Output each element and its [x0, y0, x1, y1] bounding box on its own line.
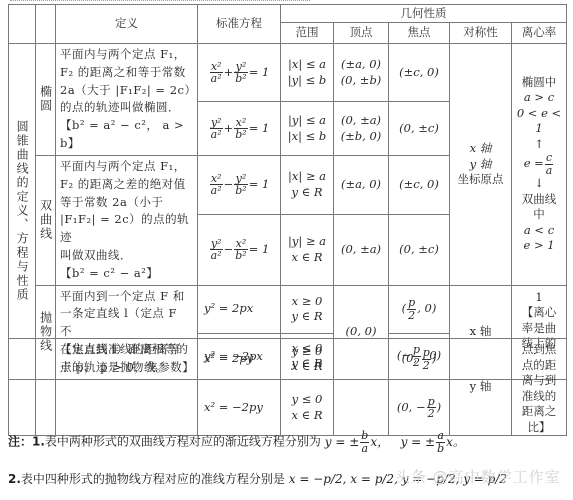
header-standard-equation: 标准方程 [198, 5, 281, 44]
header-blank-2 [36, 5, 56, 44]
def-line: 一条定直线 l（定点 F 不 [60, 305, 193, 341]
ecc-line: a < c [512, 223, 566, 239]
eq-den: b² [234, 185, 247, 197]
note-2-label: 2. [8, 472, 21, 486]
eq-den: a² [210, 185, 223, 197]
ecc-line: 双曲线 [512, 192, 566, 208]
parabola-range-3: y ≥ 0 x ∈ R [281, 339, 334, 380]
hyperbola-vertex-1: (±a, 0) [334, 155, 389, 214]
eq-num: p [407, 297, 416, 310]
eq-num: c [545, 152, 554, 165]
eq-op: + [224, 121, 234, 135]
range-line: y ≥ 0 [281, 344, 333, 360]
focus-pre: (0, [402, 351, 421, 365]
focus-post: , 0) [417, 301, 436, 315]
header-symmetry: 对称性 [450, 23, 512, 44]
eq-rhs: = 1 [249, 121, 270, 135]
parabola-eccentricity-cont: 点到焦 点的距 离与到 准线的 距离之 比】 [512, 339, 567, 436]
vertex-line: (0, ±a) [334, 113, 388, 129]
eq-den: b² [234, 73, 247, 85]
ellipse-name-cell: 椭圆 [36, 44, 56, 156]
hyperbola-focus-1: (±c, 0) [389, 155, 450, 214]
hyperbola-eq-horizontal: x²a²−y²b²= 1 [198, 155, 281, 214]
note-1-label: 注：1. [8, 435, 45, 449]
vertex-line: (±b, 0) [334, 129, 388, 145]
range-line: |x| ≥ a [281, 169, 333, 185]
range-line: |y| ≥ a [281, 234, 333, 250]
ecc-line: 点到焦 [512, 342, 566, 358]
focus-post: ) [432, 351, 437, 365]
def-line: 的点的轨迹叫做椭圆． [60, 99, 193, 117]
watermark: 头条 @高中数学工作室 [395, 466, 561, 487]
parabola-focus-1: (p2, 0) [389, 285, 450, 333]
symmetry-line: x 轴 [450, 141, 511, 157]
range-line: x ∈ R [281, 250, 333, 266]
asymptote-2-pre: y = ± [401, 435, 436, 449]
parabola-range-1: x ≥ 0 y ∈ R [281, 285, 334, 333]
ellipse-hyperbola-symmetry: x 轴 y 轴 坐标原点 [450, 44, 512, 286]
parabola-eq-down: x² = −2py [198, 380, 281, 436]
eq-den: 2 [422, 360, 431, 372]
focus-post: ) [437, 400, 442, 414]
ellipse-range-2: |y| ≤ a |x| ≤ b [281, 102, 334, 155]
def-line: F₂ 的距离之差的绝对值 [60, 176, 193, 194]
category-cell: 圆锥曲线的定义、方程与性质 [9, 44, 36, 380]
symmetry-line: 坐标原点 [450, 172, 511, 188]
eq-rhs: = 1 [249, 65, 270, 79]
hyperbola-range-1: |x| ≥ a y ∈ R [281, 155, 334, 214]
ellipse-definition: 平面内与两个定点 F₁， F₂ 的距离之和等于常数 2a（大于 |F₁F₂| =… [56, 44, 198, 156]
note-1-text: 表中两种形式的双曲线方程对应的渐近线方程分别为 [45, 435, 321, 449]
eq-den: a² [210, 73, 223, 85]
ellipse-name: 椭圆 [37, 85, 53, 113]
hyperbola-definition: 平面内与两个定点 F₁， F₂ 的距离之差的绝对值 等于常数 2a（小于 |F₁… [56, 155, 198, 285]
ecc-line: 中 [512, 207, 566, 223]
down-arrow-icon: ↓ [512, 176, 566, 192]
eq-op: + [224, 65, 234, 79]
parabola-eq-right: y² = 2px [198, 285, 281, 333]
ecc-line: e > 1 [512, 238, 566, 254]
def-line: 【b² = c² − a²】 [60, 265, 193, 283]
asymptote-1-pre: y = ± [325, 435, 360, 449]
eq-num: p [422, 347, 431, 360]
eq-den: b² [234, 250, 247, 262]
header-geometric-properties: 几何性质 [281, 5, 567, 23]
parabola-continuation-table: 【焦点到准线的距离等 于 p， p > 0，焦参数】 x² = 2py y ≥ … [8, 338, 567, 436]
ecc-line: 距离之 [512, 404, 566, 420]
blank-cell-2 [36, 339, 56, 436]
header-range: 范围 [281, 23, 334, 44]
ecc-line: 率是曲 [512, 321, 566, 337]
eq-den: b² [234, 129, 247, 141]
vertex-line: (0, ±b) [334, 73, 388, 89]
note-2-text: 表中四种形式的抛物线方程对应的准线方程分别是 [21, 472, 285, 486]
vertex-line: (±a, 0) [334, 57, 388, 73]
category-label: 圆锥曲线的定义、方程与性质 [14, 120, 30, 302]
parabola-vertical-row-1: 【焦点到准线的距离等 于 p， p > 0，焦参数】 x² = 2py y ≥ … [9, 339, 567, 380]
range-line: x ≥ 0 [281, 294, 333, 310]
hyperbola-vertex-2: (0, ±a) [334, 214, 389, 285]
eq-den: a² [210, 129, 223, 141]
ellipse-eq-vertical: y²a²+x²b²= 1 [198, 102, 281, 155]
def-line: |F₁F₂| = 2c）的点的轨迹 [60, 211, 193, 247]
blank-cell-1 [9, 339, 36, 436]
ecc-line: 1 [512, 290, 566, 306]
def-line: 2a（大于 |F₁F₂| = 2c） [60, 82, 193, 100]
range-line: y ∈ R [281, 309, 333, 325]
hyperbola-eq-vertical: y²a²−x²b²= 1 [198, 214, 281, 285]
ecc-line: 离与到 [512, 373, 566, 389]
def-line: F₂ 的距离之和等于常数 [60, 64, 193, 82]
eq-den: a [360, 443, 369, 455]
parabola-range-4: y ≤ 0 x ∈ R [281, 380, 334, 436]
def-line: 于 p， p > 0，焦参数】 [60, 359, 193, 377]
focus-pre: ( [402, 301, 407, 315]
ecc-line: 点的距 [512, 358, 566, 374]
hyperbola-name: 双曲线 [37, 199, 53, 241]
hyperbola-range-2: |y| ≥ a x ∈ R [281, 214, 334, 285]
header-eccentricity: 离心率 [512, 23, 567, 44]
ellipse-hyperbola-eccentricity: 椭圆中 a > c 0 < e < 1 ↑ e =ca ↓ 双曲线 中 a < … [512, 44, 567, 286]
eq-op: − [224, 177, 234, 191]
eq-rhs: = 1 [249, 242, 270, 256]
focus-pre: (0, − [397, 400, 426, 414]
eq-rhs: = 1 [249, 177, 270, 191]
conic-sections-table: 定义 标准方程 几何性质 范围 顶点 焦点 对称性 离心率 圆锥曲线的定义、方程… [8, 4, 567, 380]
hyperbola-name-cell: 双曲线 [36, 155, 56, 285]
ellipse-vertex-1: (±a, 0) (0, ±b) [334, 44, 389, 102]
ellipse-range-1: |x| ≤ a |y| ≤ b [281, 44, 334, 102]
parabola-symmetry-y: y 轴 [450, 339, 512, 436]
asymptote-2-post: x。 [446, 435, 465, 449]
ellipse-eq-horizontal: x²a²+y²b²= 1 [198, 44, 281, 102]
def-line: 叫做双曲线． [60, 247, 193, 265]
asymptote-1-post: x， [370, 435, 389, 449]
ecc-line: 【离心 [512, 305, 566, 321]
header-blank-1 [9, 5, 36, 44]
range-line: x ∈ R [281, 359, 333, 375]
eq-den: 2 [427, 408, 436, 420]
eq-den: b [436, 443, 445, 455]
ecc-line: 准线的 [512, 389, 566, 405]
ecc-line: a > c [512, 90, 566, 106]
ellipse-focus-1: (±c, 0) [389, 44, 450, 102]
def-line: 平面内与两个定点 F₁， [60, 46, 193, 64]
def-line: 【b² = a² − c²， a > b】 [60, 117, 193, 153]
hyperbola-focus-2: (0, ±c) [389, 214, 450, 285]
eq-op: − [224, 242, 234, 256]
parabola-eq-up: x² = 2py [198, 339, 281, 380]
ecc-e: e = [524, 156, 544, 170]
note-1: 注：1.表中两种形式的双曲线方程对应的渐近线方程分别为 y = ±bax， y … [8, 430, 465, 454]
ellipse-row-1: 圆锥曲线的定义、方程与性质 椭圆 平面内与两个定点 F₁， F₂ 的距离之和等于… [9, 44, 567, 102]
def-line: 【焦点到准线的距离等 [60, 341, 193, 359]
range-line: y ≤ 0 [281, 392, 333, 408]
ecc-line: 椭圆中 [512, 75, 566, 91]
range-line: |x| ≤ a [281, 57, 333, 73]
up-arrow-icon: ↑ [512, 137, 566, 153]
parabola-param-note: 【焦点到准线的距离等 于 p， p > 0，焦参数】 [56, 339, 198, 436]
range-line: |y| ≤ b [281, 73, 333, 89]
parabola-focus-4: (0, −p2) [389, 380, 450, 436]
ellipse-vertex-2: (0, ±a) (±b, 0) [334, 102, 389, 155]
def-line: 等于常数 2a（小于 [60, 194, 193, 212]
blank-vertex-cell [334, 339, 389, 436]
parabola-row-1: 抛物线 平面内到一个定点 F 和 一条定直线 l（定点 F 不 在定直线 l）距… [9, 285, 567, 333]
ecc-line: 比】 [512, 420, 566, 436]
eq-den: a [545, 165, 554, 177]
range-line: y ∈ R [281, 185, 333, 201]
header-focus: 焦点 [389, 23, 450, 44]
def-line: 平面内到一个定点 F 和 [60, 288, 193, 306]
range-line: |y| ≤ a [281, 113, 333, 129]
ellipse-focus-2: (0, ±c) [389, 102, 450, 155]
range-line: x ∈ R [281, 408, 333, 424]
header-definition: 定义 [56, 5, 198, 44]
parabola-focus-3: (0, p2) [389, 339, 450, 380]
eq-den: 2 [407, 310, 416, 322]
symmetry-line: y 轴 [450, 157, 511, 173]
header-vertex: 顶点 [334, 23, 389, 44]
def-line: 平面内与两个定点 F₁， [60, 158, 193, 176]
eq-num: b [360, 430, 369, 443]
range-line: |x| ≤ b [281, 129, 333, 145]
ecc-line: 0 < e < 1 [512, 106, 566, 137]
eq-den: a² [210, 250, 223, 262]
eq-num: a [436, 430, 445, 443]
